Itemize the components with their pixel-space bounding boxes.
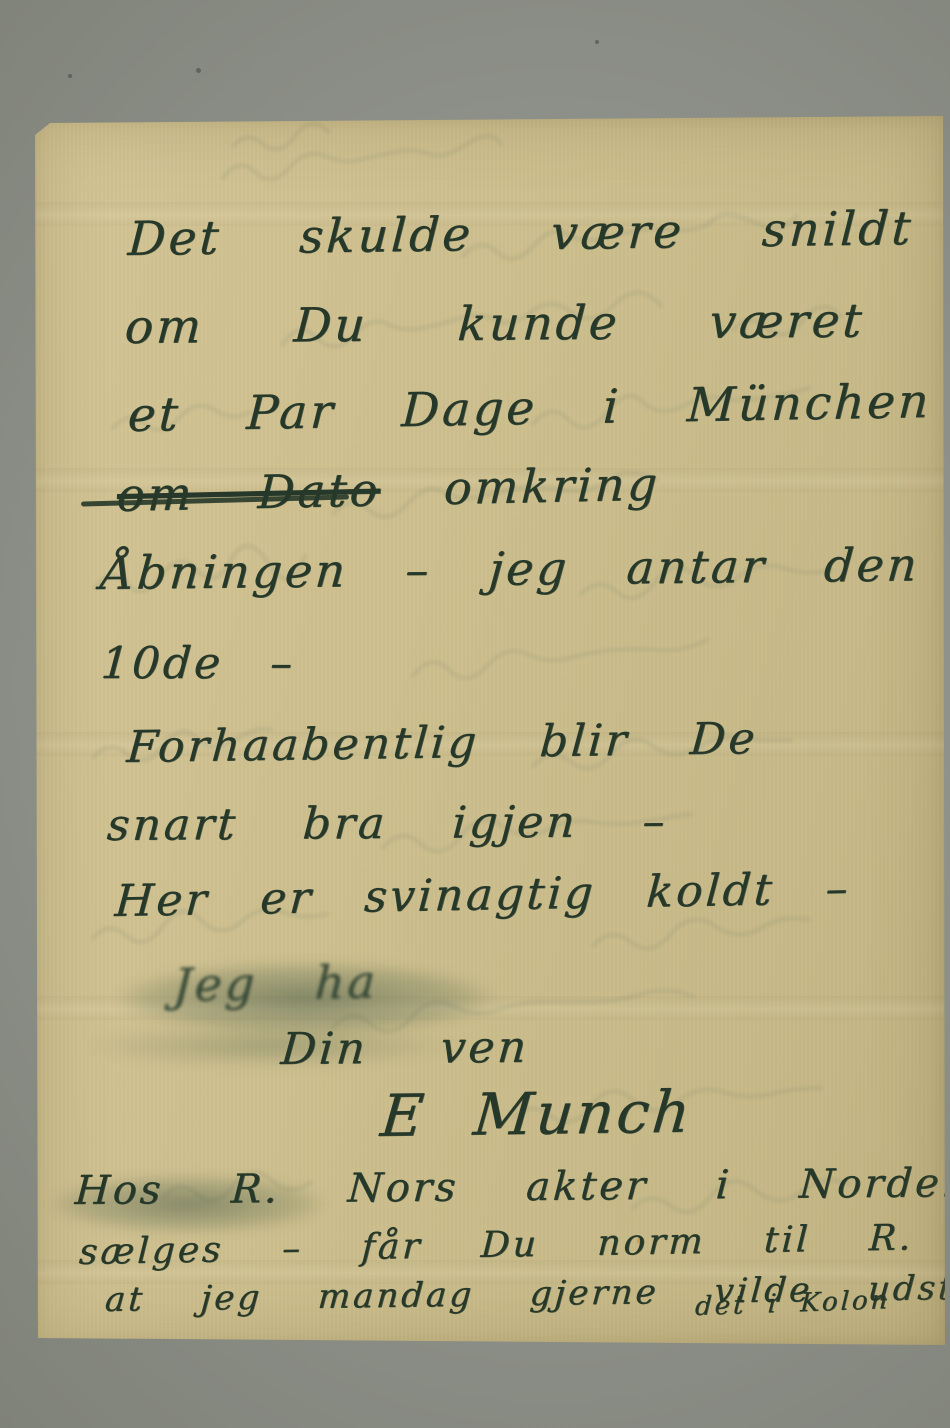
dust-speck	[196, 68, 201, 73]
handwriting-line-8: snart bra igjen –	[105, 796, 669, 851]
handwriting-line-10-smudged: Jeg ha	[172, 954, 380, 1012]
handwriting-line-7: Forhaabentlig blir De	[125, 713, 759, 773]
handwriting-line-6: 10de –	[99, 638, 297, 689]
handwriting-line-2: om Du kunde været	[123, 294, 866, 355]
dust-speck	[595, 40, 599, 44]
handwriting-line-4: om Dato omkring	[116, 457, 662, 522]
photo-background: Det skulde være snildt om Du kunde været…	[0, 0, 950, 1428]
crossed-out-words: om Dato	[116, 462, 382, 522]
handwriting-line-4-rest: omkring	[379, 457, 661, 517]
signature-e-munch: E Munch	[378, 1078, 696, 1150]
handwriting-line-11-valediction: Din ven	[279, 1022, 531, 1075]
handwriting-line-5: Åbningen – jeg antar den	[99, 537, 922, 600]
dust-speck	[68, 74, 72, 78]
handwriting-line-1: Det skulde være snildt	[126, 201, 914, 267]
letter-paper: Det skulde være snildt om Du kunde været…	[33, 116, 945, 1347]
postscript-line-1: Hos R. Nors akter i Norden	[74, 1160, 950, 1214]
